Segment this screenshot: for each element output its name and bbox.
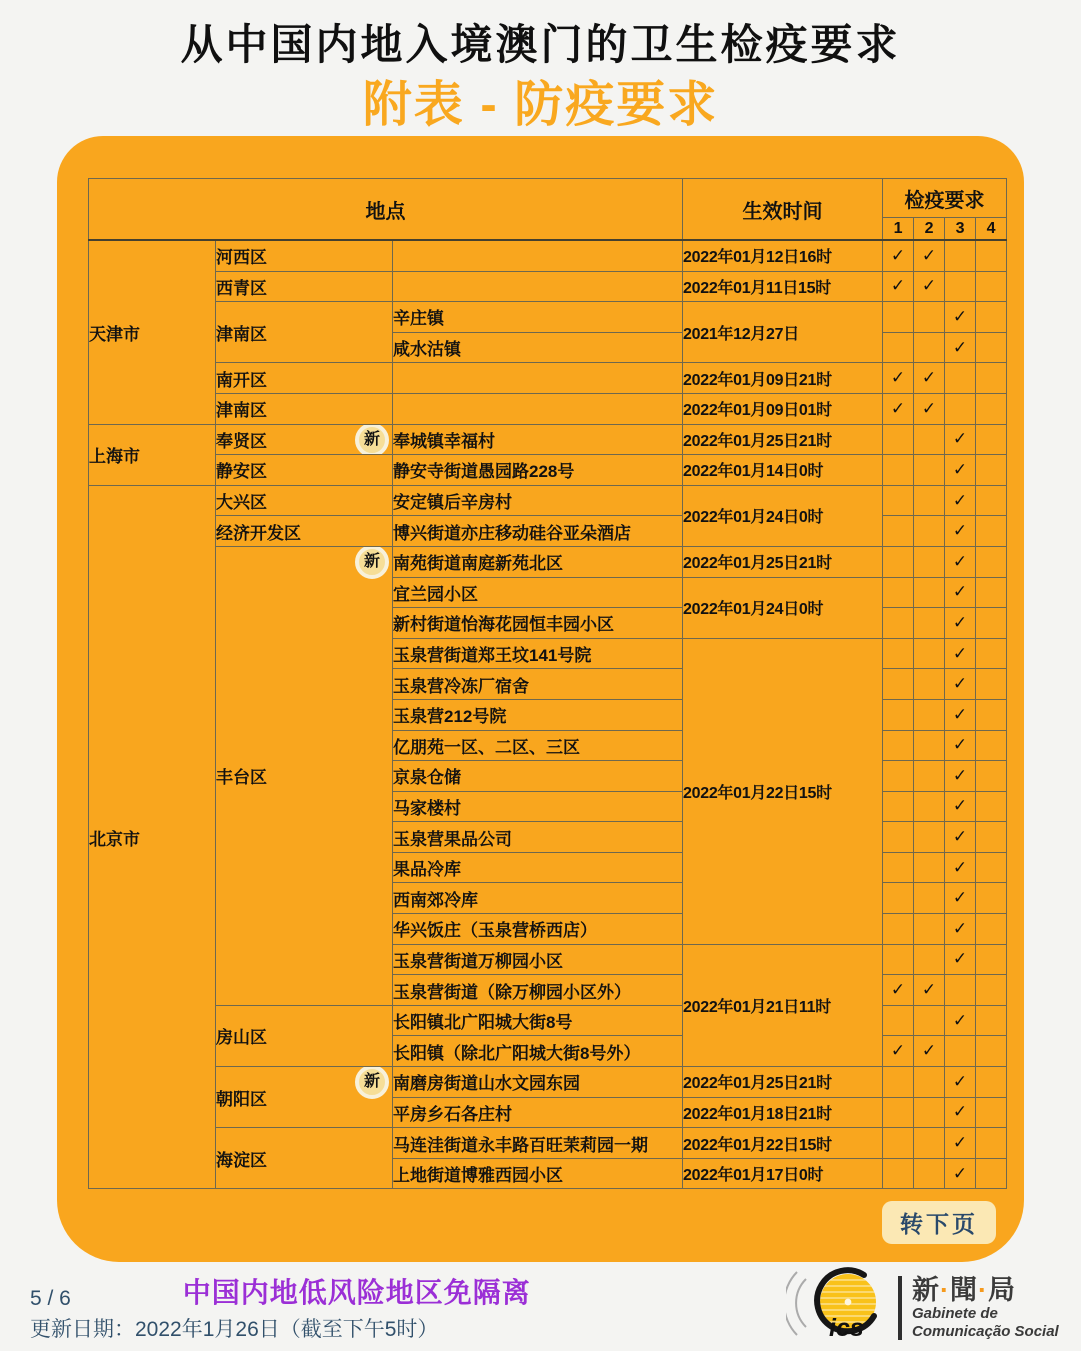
- check-cell-2: ✓: [914, 363, 945, 394]
- effective-time-cell: 2022年01月09日01时: [683, 393, 883, 424]
- check-cell-3: ✓: [945, 730, 976, 761]
- check-cell-3: ✓: [945, 1128, 976, 1159]
- check-cell-4: [976, 638, 1007, 669]
- district-label: 经济开发区: [216, 524, 301, 543]
- district-cell: 丰台区新: [216, 546, 393, 1005]
- sublocation-cell: 宜兰园小区: [393, 577, 683, 608]
- table-panel: 地点 生效时间 检疫要求 1 2 3 4 天津市河西区2022年01月12日16…: [57, 136, 1024, 1262]
- effective-time-cell: 2022年01月21日11时: [683, 944, 883, 1066]
- page-title: 从中国内地入境澳门的卫生检疫要求: [0, 12, 1081, 72]
- table-row: 西青区2022年01月11日15时✓✓: [89, 271, 1007, 302]
- check-cell-1: [883, 822, 914, 853]
- check-cell-2: [914, 455, 945, 486]
- check-cell-4: [976, 914, 1007, 945]
- gcs-logo: ics 新·聞·局 Gabinete de Comunicação Social: [786, 1262, 1059, 1351]
- sublocation-cell: 平房乡石各庄村: [393, 1097, 683, 1128]
- check-cell-4: [976, 699, 1007, 730]
- table-row: 天津市河西区2022年01月12日16时✓✓: [89, 240, 1007, 271]
- check-cell-1: [883, 669, 914, 700]
- district-cell: 西青区: [216, 271, 393, 302]
- check-cell-3: ✓: [945, 577, 976, 608]
- header-effective-time: 生效时间: [683, 179, 883, 241]
- logo-cn-name: 新·聞·局: [912, 1276, 1059, 1304]
- logo-text: 新·聞·局 Gabinete de Comunicação Social: [912, 1276, 1059, 1340]
- district-label: 丰台区: [216, 768, 267, 787]
- check-cell-2: ✓: [914, 240, 945, 271]
- check-cell-2: [914, 638, 945, 669]
- check-cell-3: ✓: [945, 791, 976, 822]
- check-cell-1: [883, 699, 914, 730]
- check-cell-3: [945, 1036, 976, 1067]
- check-cell-4: [976, 669, 1007, 700]
- check-cell-2: [914, 852, 945, 883]
- effective-time-cell: 2022年01月11日15时: [683, 271, 883, 302]
- gcs-logo-mark-icon: ics: [786, 1262, 898, 1351]
- check-cell-2: ✓: [914, 1036, 945, 1067]
- check-cell-4: [976, 822, 1007, 853]
- effective-time-cell: 2022年01月24日0时: [683, 577, 883, 638]
- check-cell-1: [883, 1097, 914, 1128]
- check-cell-2: [914, 914, 945, 945]
- check-cell-3: ✓: [945, 608, 976, 639]
- district-cell: 南开区: [216, 363, 393, 394]
- effective-time-cell: 2022年01月09日21时: [683, 363, 883, 394]
- check-cell-1: ✓: [883, 1036, 914, 1067]
- check-cell-3: ✓: [945, 1158, 976, 1189]
- check-cell-3: [945, 271, 976, 302]
- city-cell: 上海市: [89, 424, 216, 485]
- table-row: 津南区辛庄镇2021年12月27日✓: [89, 302, 1007, 333]
- check-cell-2: [914, 516, 945, 547]
- sublocation-cell: 博兴街道亦庄移动硅谷亚朵酒店: [393, 516, 683, 547]
- check-cell-3: ✓: [945, 761, 976, 792]
- low-risk-note: 中国内地低风险地区免隔离: [0, 1271, 713, 1311]
- check-cell-1: [883, 761, 914, 792]
- check-cell-4: [976, 1128, 1007, 1159]
- effective-time-cell: 2022年01月25日21时: [683, 424, 883, 455]
- district-label: 朝阳区: [216, 1090, 267, 1109]
- check-cell-4: [976, 608, 1007, 639]
- check-cell-2: [914, 730, 945, 761]
- district-label: 河西区: [216, 248, 267, 267]
- table-row: 津南区2022年01月09日01时✓✓: [89, 393, 1007, 424]
- sublocation-cell: 南磨房街道山水文园东园: [393, 1067, 683, 1098]
- check-cell-2: ✓: [914, 975, 945, 1006]
- check-cell-1: [883, 1128, 914, 1159]
- infographic-page: 从中国内地入境澳门的卫生检疫要求 附表 - 防疫要求 地点 生效时间 检疫要求 …: [0, 0, 1081, 1351]
- header-req-col-3: 3: [945, 218, 976, 241]
- sublocation-cell: [393, 363, 683, 394]
- check-cell-3: ✓: [945, 485, 976, 516]
- district-label: 奉贤区: [216, 432, 267, 451]
- check-cell-1: [883, 730, 914, 761]
- new-badge: 新: [355, 1067, 389, 1100]
- sublocation-cell: 辛庄镇: [393, 302, 683, 333]
- check-cell-2: [914, 699, 945, 730]
- check-cell-4: [976, 1005, 1007, 1036]
- district-cell: 大兴区: [216, 485, 393, 516]
- check-cell-4: [976, 424, 1007, 455]
- sublocation-cell: 果品冷库: [393, 852, 683, 883]
- check-cell-4: [976, 546, 1007, 577]
- check-cell-4: [976, 761, 1007, 792]
- check-cell-3: ✓: [945, 1097, 976, 1128]
- city-cell: 北京市: [89, 485, 216, 1189]
- effective-time-cell: 2022年01月24日0时: [683, 485, 883, 546]
- sublocation-cell: 长阳镇（除北广阳城大街8号外）: [393, 1036, 683, 1067]
- effective-time-cell: 2022年01月14日0时: [683, 455, 883, 486]
- sublocation-cell: 西南郊冷库: [393, 883, 683, 914]
- check-cell-1: [883, 852, 914, 883]
- sublocation-cell: 玉泉营街道（除万柳园小区外）: [393, 975, 683, 1006]
- check-cell-2: [914, 1097, 945, 1128]
- effective-time-cell: 2022年01月17日0时: [683, 1158, 883, 1189]
- check-cell-4: [976, 1067, 1007, 1098]
- effective-time-cell: 2022年01月22日15时: [683, 1128, 883, 1159]
- check-cell-4: [976, 577, 1007, 608]
- sublocation-cell: 玉泉营街道万柳园小区: [393, 944, 683, 975]
- sublocation-cell: [393, 271, 683, 302]
- sublocation-cell: 静安寺街道愚园路228号: [393, 455, 683, 486]
- table-row: 静安区静安寺街道愚园路228号2022年01月14日0时✓: [89, 455, 1007, 486]
- check-cell-1: [883, 883, 914, 914]
- sublocation-cell: 玉泉营冷冻厂宿舍: [393, 669, 683, 700]
- district-cell: 朝阳区新: [216, 1067, 393, 1128]
- page-subtitle: 附表 - 防疫要求: [0, 66, 1081, 136]
- check-cell-3: ✓: [945, 914, 976, 945]
- district-cell: 房山区: [216, 1005, 393, 1066]
- sublocation-cell: 上地街道博雅西园小区: [393, 1158, 683, 1189]
- sublocation-cell: [393, 393, 683, 424]
- effective-time-cell: 2022年01月22日15时: [683, 638, 883, 944]
- check-cell-3: ✓: [945, 1067, 976, 1098]
- sublocation-cell: 马家楼村: [393, 791, 683, 822]
- sublocation-cell: 马连洼街道永丰路百旺茉莉园一期: [393, 1128, 683, 1159]
- sublocation-cell: 奉城镇幸福村: [393, 424, 683, 455]
- requirements-table-body: 天津市河西区2022年01月12日16时✓✓西青区2022年01月11日15时✓…: [89, 240, 1007, 1189]
- check-cell-3: ✓: [945, 424, 976, 455]
- district-label: 南开区: [216, 371, 267, 390]
- check-cell-1: [883, 914, 914, 945]
- table-row: 丰台区新南苑街道南庭新苑北区2022年01月25日21时✓: [89, 546, 1007, 577]
- check-cell-2: ✓: [914, 393, 945, 424]
- table-row: 朝阳区新南磨房街道山水文园东园2022年01月25日21时✓: [89, 1067, 1007, 1098]
- check-cell-1: [883, 944, 914, 975]
- sublocation-cell: 玉泉营212号院: [393, 699, 683, 730]
- sublocation-cell: [393, 240, 683, 271]
- check-cell-4: [976, 944, 1007, 975]
- check-cell-2: [914, 1128, 945, 1159]
- check-cell-2: [914, 577, 945, 608]
- check-cell-2: [914, 608, 945, 639]
- check-cell-1: [883, 332, 914, 363]
- check-cell-1: ✓: [883, 271, 914, 302]
- check-cell-1: ✓: [883, 363, 914, 394]
- check-cell-2: [914, 944, 945, 975]
- district-cell: 静安区: [216, 455, 393, 486]
- sublocation-cell: 南苑街道南庭新苑北区: [393, 546, 683, 577]
- district-label: 房山区: [216, 1028, 267, 1047]
- quarantine-requirements-table: 地点 生效时间 检疫要求 1 2 3 4 天津市河西区2022年01月12日16…: [88, 178, 1007, 1189]
- check-cell-3: [945, 393, 976, 424]
- check-cell-3: ✓: [945, 669, 976, 700]
- check-cell-1: [883, 638, 914, 669]
- sublocation-cell: 安定镇后辛房村: [393, 485, 683, 516]
- check-cell-1: [883, 546, 914, 577]
- district-label: 津南区: [216, 325, 267, 344]
- check-cell-3: ✓: [945, 822, 976, 853]
- check-cell-1: [883, 516, 914, 547]
- check-cell-3: ✓: [945, 455, 976, 486]
- city-cell: 天津市: [89, 240, 216, 424]
- check-cell-3: ✓: [945, 1005, 976, 1036]
- check-cell-2: [914, 761, 945, 792]
- check-cell-4: [976, 240, 1007, 271]
- district-label: 海淀区: [216, 1151, 267, 1170]
- check-cell-3: ✓: [945, 546, 976, 577]
- check-cell-1: [883, 1005, 914, 1036]
- check-cell-2: [914, 485, 945, 516]
- district-cell: 奉贤区新: [216, 424, 393, 455]
- check-cell-4: [976, 975, 1007, 1006]
- sublocation-cell: 咸水沽镇: [393, 332, 683, 363]
- effective-time-cell: 2022年01月18日21时: [683, 1097, 883, 1128]
- check-cell-4: [976, 1036, 1007, 1067]
- check-cell-4: [976, 1097, 1007, 1128]
- check-cell-1: [883, 424, 914, 455]
- check-cell-2: [914, 1158, 945, 1189]
- update-date: 更新日期：2022年1月26日（截至下午5时）: [30, 1313, 438, 1343]
- next-page-button[interactable]: 转下页: [882, 1201, 996, 1244]
- check-cell-2: ✓: [914, 271, 945, 302]
- check-cell-1: [883, 455, 914, 486]
- sublocation-cell: 长阳镇北广阳城大街8号: [393, 1005, 683, 1036]
- check-cell-1: ✓: [883, 240, 914, 271]
- check-cell-1: [883, 302, 914, 333]
- district-label: 津南区: [216, 401, 267, 420]
- check-cell-3: ✓: [945, 332, 976, 363]
- sublocation-cell: 玉泉营街道郑王坟141号院: [393, 638, 683, 669]
- logo-pt-name-line2: Comunicação Social: [912, 1324, 1059, 1340]
- sublocation-cell: 玉泉营果品公司: [393, 822, 683, 853]
- check-cell-4: [976, 516, 1007, 547]
- new-badge: 新: [355, 424, 389, 455]
- check-cell-2: [914, 302, 945, 333]
- sublocation-cell: 新村街道怡海花园恒丰园小区: [393, 608, 683, 639]
- district-label: 静安区: [216, 462, 267, 481]
- district-cell: 海淀区: [216, 1128, 393, 1189]
- check-cell-3: ✓: [945, 944, 976, 975]
- check-cell-4: [976, 302, 1007, 333]
- check-cell-3: ✓: [945, 883, 976, 914]
- logo-pt-name-line1: Gabinete de: [912, 1306, 1059, 1322]
- sublocation-cell: 华兴饭庄（玉泉营桥西店）: [393, 914, 683, 945]
- check-cell-3: ✓: [945, 638, 976, 669]
- check-cell-2: [914, 332, 945, 363]
- check-cell-2: [914, 1067, 945, 1098]
- district-label: 西青区: [216, 279, 267, 298]
- check-cell-4: [976, 852, 1007, 883]
- check-cell-4: [976, 883, 1007, 914]
- check-cell-1: [883, 608, 914, 639]
- district-cell: 河西区: [216, 240, 393, 271]
- check-cell-3: [945, 363, 976, 394]
- header-quarantine-requirements: 检疫要求: [883, 179, 1007, 218]
- effective-time-cell: 2021年12月27日: [683, 302, 883, 363]
- check-cell-3: [945, 240, 976, 271]
- table-row: 北京市大兴区安定镇后辛房村2022年01月24日0时✓: [89, 485, 1007, 516]
- effective-time-cell: 2022年01月25日21时: [683, 1067, 883, 1098]
- sublocation-cell: 亿朋苑一区、二区、三区: [393, 730, 683, 761]
- check-cell-2: [914, 1005, 945, 1036]
- check-cell-3: [945, 975, 976, 1006]
- check-cell-4: [976, 332, 1007, 363]
- check-cell-3: ✓: [945, 516, 976, 547]
- check-cell-1: [883, 791, 914, 822]
- district-label: 大兴区: [216, 493, 267, 512]
- check-cell-2: [914, 424, 945, 455]
- check-cell-2: [914, 791, 945, 822]
- header-req-col-1: 1: [883, 218, 914, 241]
- effective-time-cell: 2022年01月12日16时: [683, 240, 883, 271]
- check-cell-3: ✓: [945, 852, 976, 883]
- check-cell-2: [914, 822, 945, 853]
- effective-time-cell: 2022年01月25日21时: [683, 546, 883, 577]
- check-cell-4: [976, 271, 1007, 302]
- district-cell: 经济开发区: [216, 516, 393, 547]
- check-cell-1: ✓: [883, 975, 914, 1006]
- check-cell-4: [976, 1158, 1007, 1189]
- sublocation-cell: 京泉仓储: [393, 761, 683, 792]
- check-cell-1: [883, 485, 914, 516]
- check-cell-1: [883, 577, 914, 608]
- logo-divider: [898, 1276, 902, 1340]
- check-cell-4: [976, 485, 1007, 516]
- check-cell-1: ✓: [883, 393, 914, 424]
- table-row: 海淀区马连洼街道永丰路百旺茉莉园一期2022年01月22日15时✓: [89, 1128, 1007, 1159]
- check-cell-4: [976, 363, 1007, 394]
- district-cell: 津南区: [216, 393, 393, 424]
- header-req-col-4: 4: [976, 218, 1007, 241]
- header-req-col-2: 2: [914, 218, 945, 241]
- check-cell-1: [883, 1067, 914, 1098]
- check-cell-2: [914, 669, 945, 700]
- table-row: 上海市奉贤区新奉城镇幸福村2022年01月25日21时✓: [89, 424, 1007, 455]
- table-row: 南开区2022年01月09日21时✓✓: [89, 363, 1007, 394]
- district-cell: 津南区: [216, 302, 393, 363]
- check-cell-3: ✓: [945, 302, 976, 333]
- new-badge: 新: [355, 546, 389, 579]
- check-cell-2: [914, 546, 945, 577]
- gcs-acronym: ics: [829, 1314, 864, 1342]
- check-cell-4: [976, 393, 1007, 424]
- check-cell-4: [976, 791, 1007, 822]
- check-cell-4: [976, 455, 1007, 486]
- check-cell-3: ✓: [945, 699, 976, 730]
- check-cell-4: [976, 730, 1007, 761]
- check-cell-2: [914, 883, 945, 914]
- check-cell-1: [883, 1158, 914, 1189]
- page-indicator: 5 / 6: [30, 1287, 71, 1311]
- header-location: 地点: [89, 179, 683, 241]
